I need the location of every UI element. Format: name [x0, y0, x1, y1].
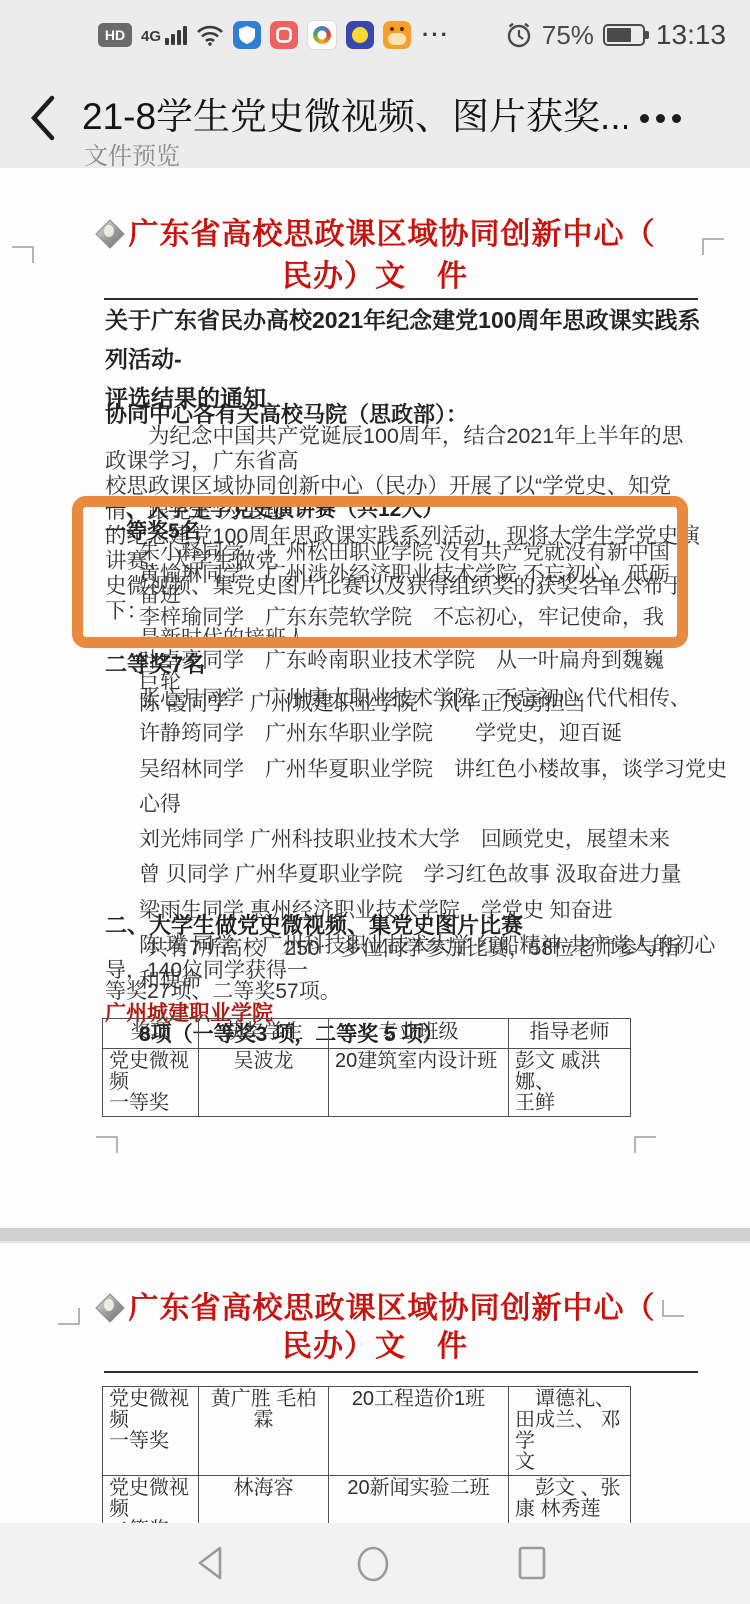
first-prize-heading: 一等奖5名: [105, 521, 680, 543]
header-class: 专业班级: [329, 1019, 509, 1049]
letterhead-page1: 广东省高校思政课区域协同创新中心（ 民办）文 件: [0, 216, 750, 295]
cell-student: 吴波龙: [199, 1049, 329, 1117]
document-area[interactable]: 广东省高校思政课区域协同创新中心（ 民办）文 件 关于广东省民办高校2021年纪…: [0, 168, 750, 1523]
status-bar: HD 4G ···: [0, 0, 750, 70]
alarm-icon: [505, 21, 533, 49]
battery-percent: 75%: [542, 20, 594, 51]
app-icon-book: [270, 21, 298, 49]
section2-title: 二、大学生做党史微视频、集党史图片比赛: [105, 914, 701, 938]
section2-intro: 共有7所高校 250 多位同学参加比赛，58位老师参与指导，140位同学获得一 …: [105, 938, 701, 1003]
nav-recents-button[interactable]: [516, 1545, 548, 1581]
cell-class: 20建筑室内设计班: [329, 1049, 509, 1117]
app-icon-chick: [346, 21, 374, 49]
wifi-icon: [196, 23, 224, 47]
letterhead-rule-page2: [104, 1371, 698, 1373]
status-right-group: 75% 13:13: [505, 19, 726, 51]
emblem-diamond-icon: [95, 1292, 129, 1325]
header-prize: 奖项: [103, 1019, 199, 1049]
page2-left-mark: [58, 1308, 80, 1325]
table-row: 党史微视频 一等奖 黄广胜 毛柏霖 20工程造价1班 谭德礼、 田成兰、 邓学 …: [103, 1387, 631, 1476]
file-preview-label: 文件预览: [84, 136, 180, 171]
cell-prize: 党史微视频 一等奖: [103, 1387, 199, 1476]
more-apps-indicator: ···: [422, 22, 450, 48]
network-type-label: 4G: [141, 28, 161, 45]
page1-top-right-mark: [702, 238, 724, 255]
signal-bars-icon: [165, 25, 187, 45]
phone-screen: HD 4G ···: [0, 0, 750, 1604]
cell-student: 黄广胜 毛柏霖: [199, 1387, 329, 1476]
nav-back-button[interactable]: [196, 1545, 224, 1581]
letterhead-line2: 民办）文 件: [282, 1330, 468, 1363]
page1-top-left-mark: [12, 246, 34, 263]
title-bar: 21-8学生党史微视频、图片获奖... 文件预览: [0, 70, 750, 168]
cell-teachers: 彭文 戚洪娜、 王鲜: [509, 1049, 631, 1117]
emblem-diamond-icon: [95, 223, 125, 256]
page1-bottom-left-mark: [96, 1136, 118, 1153]
hd-voice-icon: HD: [98, 23, 132, 47]
header-teacher: 指导老师: [509, 1019, 631, 1049]
cellular-signal-icon: 4G: [141, 25, 187, 45]
section1-title: 一、大学生学党史演讲赛（共12人）: [105, 499, 680, 521]
letterhead-line1: 广东省高校思政课区域协同创新中心（: [129, 1292, 656, 1325]
app-icon-news: [307, 20, 337, 50]
awards-table-page1: 奖项 获奖学生 专业班级 指导老师 党史微视频 一等奖 吴波龙 20建筑室内设计…: [102, 1018, 631, 1117]
page1-bottom-right-mark: [634, 1136, 656, 1153]
navigation-bar: [0, 1523, 750, 1604]
page2-right-mark: [662, 1300, 684, 1317]
header-student: 获奖学生: [199, 1019, 329, 1049]
app-icon-tiger: [383, 21, 411, 49]
letterhead-line1: 广东省高校思政课区域协同创新中心（: [129, 218, 656, 251]
table-header-row: 奖项 获奖学生 专业班级 指导老师: [103, 1019, 631, 1049]
letterhead-page2: 广东省高校思政课区域协同创新中心（ 民办）文 件: [0, 1290, 750, 1366]
cell-teachers: 谭德礼、 田成兰、 邓学 文: [509, 1387, 631, 1476]
nav-home-button[interactable]: [356, 1545, 390, 1583]
clock-time: 13:13: [656, 19, 726, 51]
page-title: 21-8学生党史微视频、图片获奖...: [82, 86, 627, 140]
more-options-button[interactable]: [640, 98, 710, 138]
status-left-group: HD 4G ···: [98, 20, 450, 50]
cell-class: 20工程造价1班: [329, 1387, 509, 1476]
table-row: 党史微视频 一等奖 吴波龙 20建筑室内设计班 彭文 戚洪娜、 王鲜: [103, 1049, 631, 1117]
letterhead-line2: 民办）文 件: [282, 260, 468, 293]
page-separator: [0, 1228, 750, 1243]
battery-icon: [603, 24, 645, 46]
letterhead-rule: [104, 298, 698, 300]
app-icon-shield: [233, 21, 261, 49]
cell-prize: 党史微视频 一等奖: [103, 1049, 199, 1117]
second-prize-heading: 二等奖7名: [105, 648, 205, 679]
back-button[interactable]: [22, 90, 66, 146]
